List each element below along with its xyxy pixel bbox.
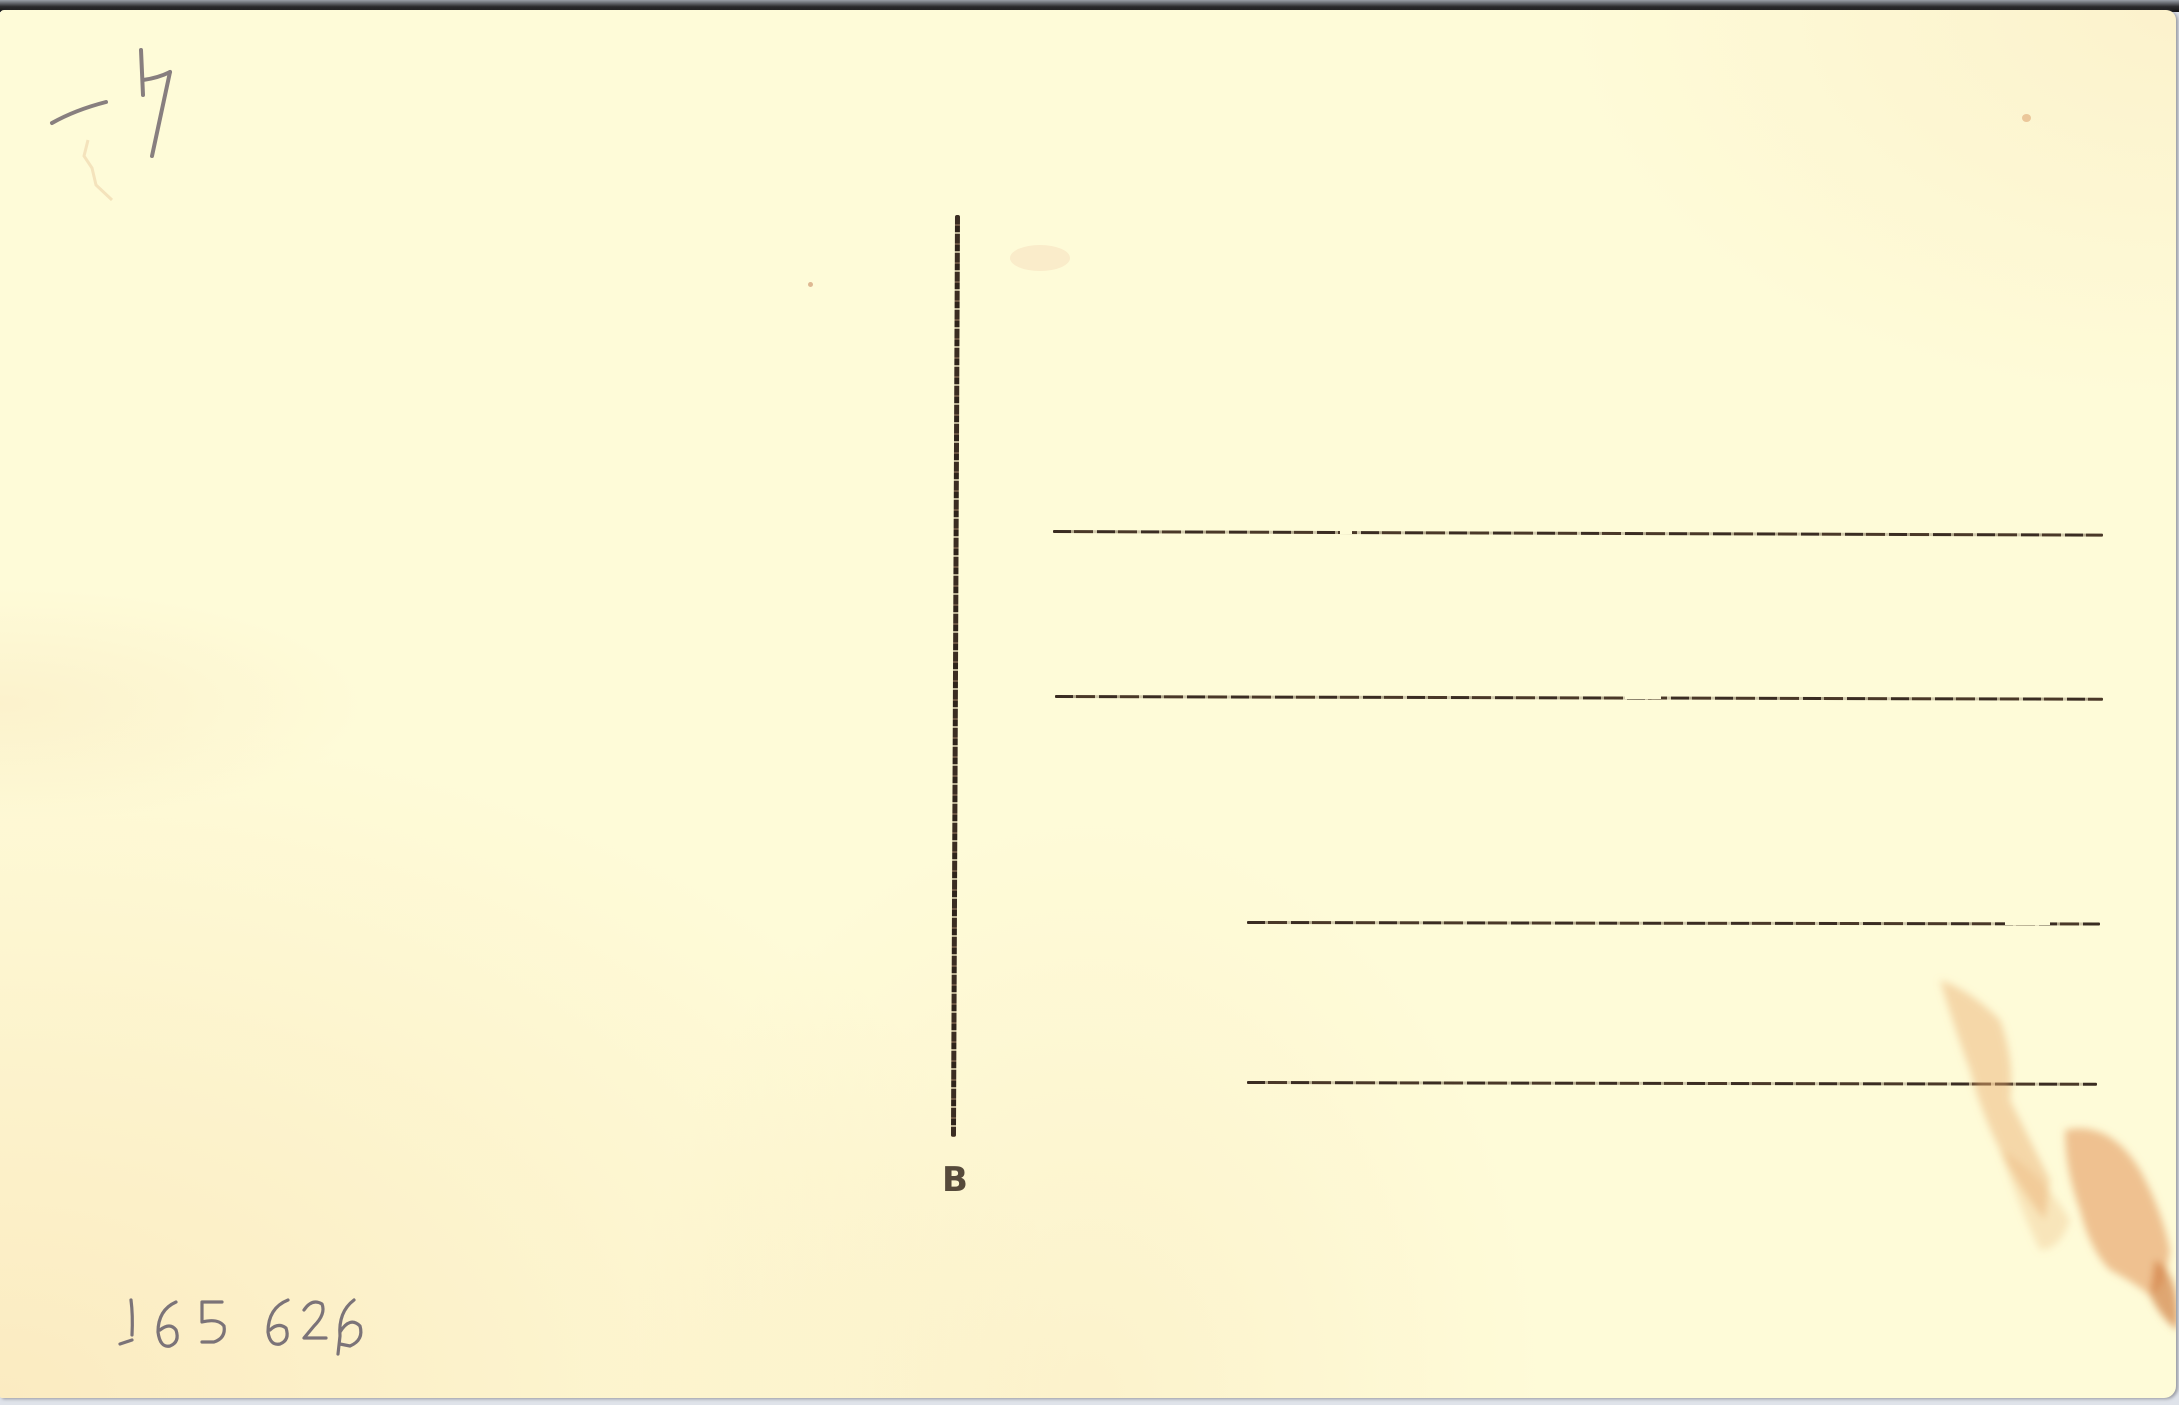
scan-background: -4 165 626 — [0, 0, 2179, 1405]
address-line-1-gap — [1340, 528, 1352, 534]
pencil-strokes-icon — [30, 40, 200, 240]
address-line-3-gap — [2005, 919, 2050, 925]
center-divider-line — [951, 215, 960, 1137]
handwritten-number-icon — [118, 1280, 418, 1380]
paper-spot — [808, 282, 813, 287]
address-line-4 — [1247, 1081, 2097, 1086]
pencil-annotation-top-left: -4 — [30, 40, 200, 240]
faint-smudge — [1010, 245, 1070, 271]
address-line-2-gap — [1625, 693, 1661, 699]
water-stain-icon — [1900, 950, 2176, 1350]
address-line-1 — [1053, 530, 2103, 537]
printer-mark: B — [940, 1160, 970, 1200]
paper-spot — [2022, 114, 2031, 122]
pencil-annotation-number: 165 626 — [118, 1280, 418, 1380]
address-line-3 — [1247, 921, 2100, 925]
postcard-back: -4 165 626 — [0, 10, 2176, 1398]
address-line-2 — [1055, 695, 2103, 701]
